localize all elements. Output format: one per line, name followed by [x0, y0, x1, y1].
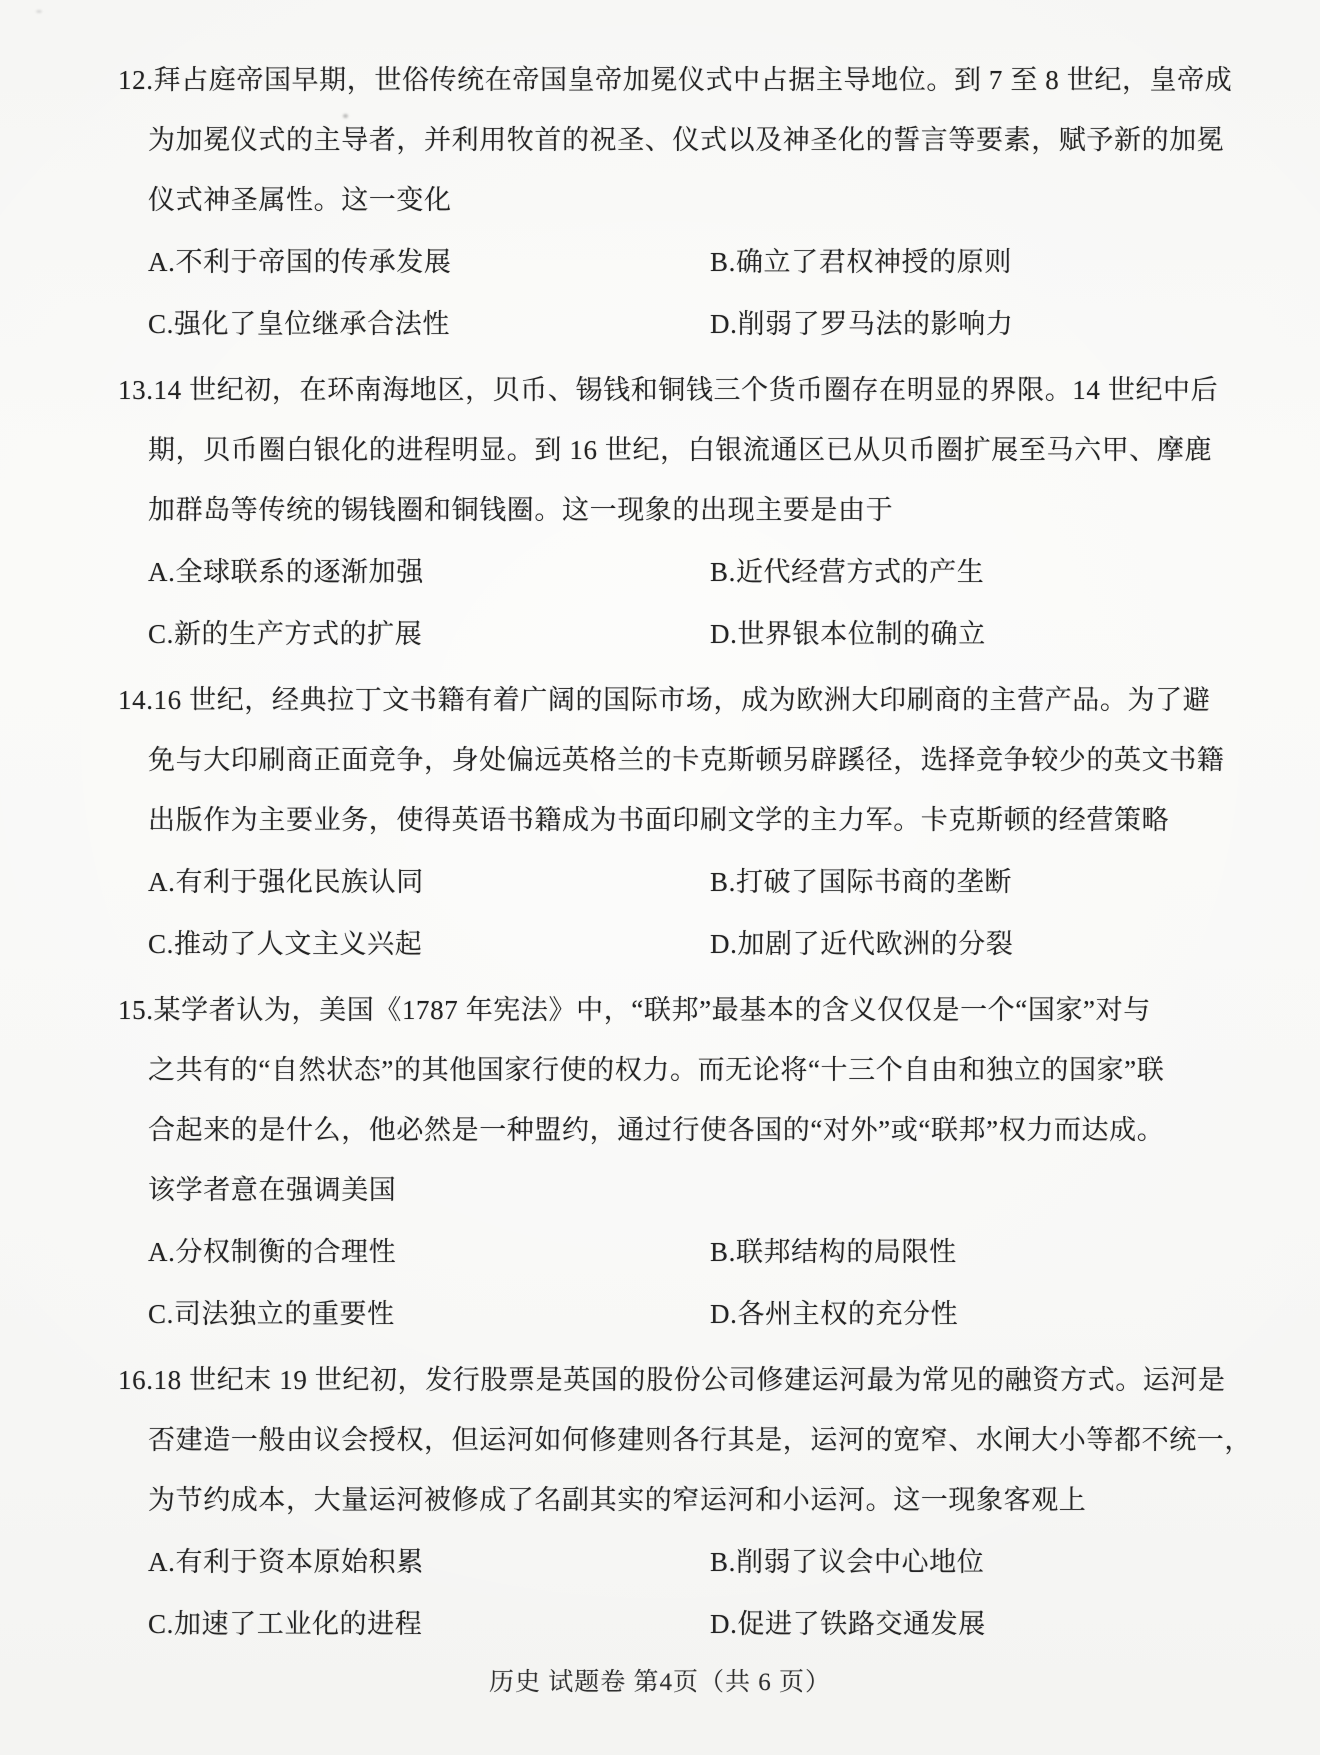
question-13: 13.14 世纪初，在环南海地区，贝币、锡钱和铜钱三个货币圈存在明显的界限。14… — [0, 360, 1320, 664]
question-13-option-c: C.新的生产方式的扩展 — [148, 604, 710, 664]
question-14-option-d: D.加剧了近代欧洲的分裂 — [710, 914, 1260, 974]
question-15-option-b: B.联邦结构的局限性 — [710, 1222, 1260, 1282]
question-14-options-row: A.有利于强化民族认同 B.打破了国际书商的垄断 — [0, 852, 1320, 912]
page-footer: 历史 试题卷 第4页（共 6 页） — [0, 1662, 1320, 1698]
question-16-option-d: D.促进了铁路交通发展 — [710, 1594, 1260, 1654]
question-16-option-c: C.加速了工业化的进程 — [148, 1594, 710, 1654]
question-12-option-d: D.削弱了罗马法的影响力 — [710, 294, 1260, 354]
question-15: 15.某学者认为，美国《1787 年宪法》中，“联邦”最基本的含义仅仅是一个“国… — [0, 980, 1320, 1344]
question-13-stem-line: 期，贝币圈白银化的进程明显。到 16 世纪，白银流通区已从贝币圈扩展至马六甲、摩… — [0, 420, 1320, 480]
question-15-option-c: C.司法独立的重要性 — [148, 1284, 710, 1344]
question-16-options-row: C.加速了工业化的进程 D.促进了铁路交通发展 — [0, 1594, 1320, 1654]
question-14-option-b: B.打破了国际书商的垄断 — [710, 852, 1260, 912]
question-15-stem-line: 该学者意在强调美国 — [0, 1160, 1320, 1220]
question-14: 14.16 世纪，经典拉丁文书籍有着广阔的国际市场，成为欧洲大印刷商的主营产品。… — [0, 670, 1320, 974]
question-13-option-d: D.世界银本位制的确立 — [710, 604, 1260, 664]
question-14-options-row: C.推动了人文主义兴起 D.加剧了近代欧洲的分裂 — [0, 914, 1320, 974]
scan-artifact — [36, 10, 42, 13]
question-14-stem-line: 14.16 世纪，经典拉丁文书籍有着广阔的国际市场，成为欧洲大印刷商的主营产品。… — [0, 670, 1320, 730]
question-15-option-d: D.各州主权的充分性 — [710, 1284, 1260, 1344]
question-16-option-a: A.有利于资本原始积累 — [148, 1532, 710, 1592]
question-16-stem-line: 为节约成本，大量运河被修成了名副其实的窄运河和小运河。这一现象客观上 — [0, 1470, 1320, 1530]
question-12-stem-line: 仪式神圣属性。这一变化 — [0, 170, 1320, 230]
exam-page: 12.拜占庭帝国早期，世俗传统在帝国皇帝加冕仪式中占据主导地位。到 7 至 8 … — [0, 0, 1320, 1755]
question-14-option-c: C.推动了人文主义兴起 — [148, 914, 710, 974]
question-13-options-row: A.全球联系的逐渐加强 B.近代经营方式的产生 — [0, 542, 1320, 602]
question-12-option-c: C.强化了皇位继承合法性 — [148, 294, 710, 354]
question-15-stem-line: 15.某学者认为，美国《1787 年宪法》中，“联邦”最基本的含义仅仅是一个“国… — [0, 980, 1320, 1040]
question-15-options-row: A.分权制衡的合理性 B.联邦结构的局限性 — [0, 1222, 1320, 1282]
question-14-stem-line: 出版作为主要业务，使得英语书籍成为书面印刷文学的主力军。卡克斯顿的经营策略 — [0, 790, 1320, 850]
question-14-stem-line: 免与大印刷商正面竞争，身处偏远英格兰的卡克斯顿另辟蹊径，选择竞争较少的英文书籍 — [0, 730, 1320, 790]
question-13-options-row: C.新的生产方式的扩展 D.世界银本位制的确立 — [0, 604, 1320, 664]
question-15-stem-line: 之共有的“自然状态”的其他国家行使的权力。而无论将“十三个自由和独立的国家”联 — [0, 1040, 1320, 1100]
question-16-options-row: A.有利于资本原始积累 B.削弱了议会中心地位 — [0, 1532, 1320, 1592]
question-16-stem-line: 否建造一般由议会授权，但运河如何修建则各行其是，运河的宽窄、水闸大小等都不统一， — [0, 1410, 1320, 1470]
question-12-stem-line: 为加冕仪式的主导者，并利用牧首的祝圣、仪式以及神圣化的誓言等要素，赋予新的加冕 — [0, 110, 1320, 170]
scan-artifact — [343, 114, 348, 118]
question-12-option-a: A.不利于帝国的传承发展 — [148, 232, 710, 292]
question-15-options-row: C.司法独立的重要性 D.各州主权的充分性 — [0, 1284, 1320, 1344]
question-12-stem-line: 12.拜占庭帝国早期，世俗传统在帝国皇帝加冕仪式中占据主导地位。到 7 至 8 … — [0, 50, 1320, 110]
question-16: 16.18 世纪末 19 世纪初，发行股票是英国的股份公司修建运河最为常见的融资… — [0, 1350, 1320, 1654]
question-15-stem-line: 合起来的是什么，他必然是一种盟约，通过行使各国的“对外”或“联邦”权力而达成。 — [0, 1100, 1320, 1160]
question-16-option-b: B.削弱了议会中心地位 — [710, 1532, 1260, 1592]
question-15-option-a: A.分权制衡的合理性 — [148, 1222, 710, 1282]
question-12-options-row: C.强化了皇位继承合法性 D.削弱了罗马法的影响力 — [0, 294, 1320, 354]
question-12-options-row: A.不利于帝国的传承发展 B.确立了君权神授的原则 — [0, 232, 1320, 292]
question-12: 12.拜占庭帝国早期，世俗传统在帝国皇帝加冕仪式中占据主导地位。到 7 至 8 … — [0, 50, 1320, 354]
question-13-stem-line: 13.14 世纪初，在环南海地区，贝币、锡钱和铜钱三个货币圈存在明显的界限。14… — [0, 360, 1320, 420]
question-13-option-b: B.近代经营方式的产生 — [710, 542, 1260, 602]
question-14-option-a: A.有利于强化民族认同 — [148, 852, 710, 912]
question-16-stem-line: 16.18 世纪末 19 世纪初，发行股票是英国的股份公司修建运河最为常见的融资… — [0, 1350, 1320, 1410]
page-content: 12.拜占庭帝国早期，世俗传统在帝国皇帝加冕仪式中占据主导地位。到 7 至 8 … — [0, 0, 1320, 1698]
question-13-stem-line: 加群岛等传统的锡钱圈和铜钱圈。这一现象的出现主要是由于 — [0, 480, 1320, 540]
question-13-option-a: A.全球联系的逐渐加强 — [148, 542, 710, 602]
question-12-option-b: B.确立了君权神授的原则 — [710, 232, 1260, 292]
